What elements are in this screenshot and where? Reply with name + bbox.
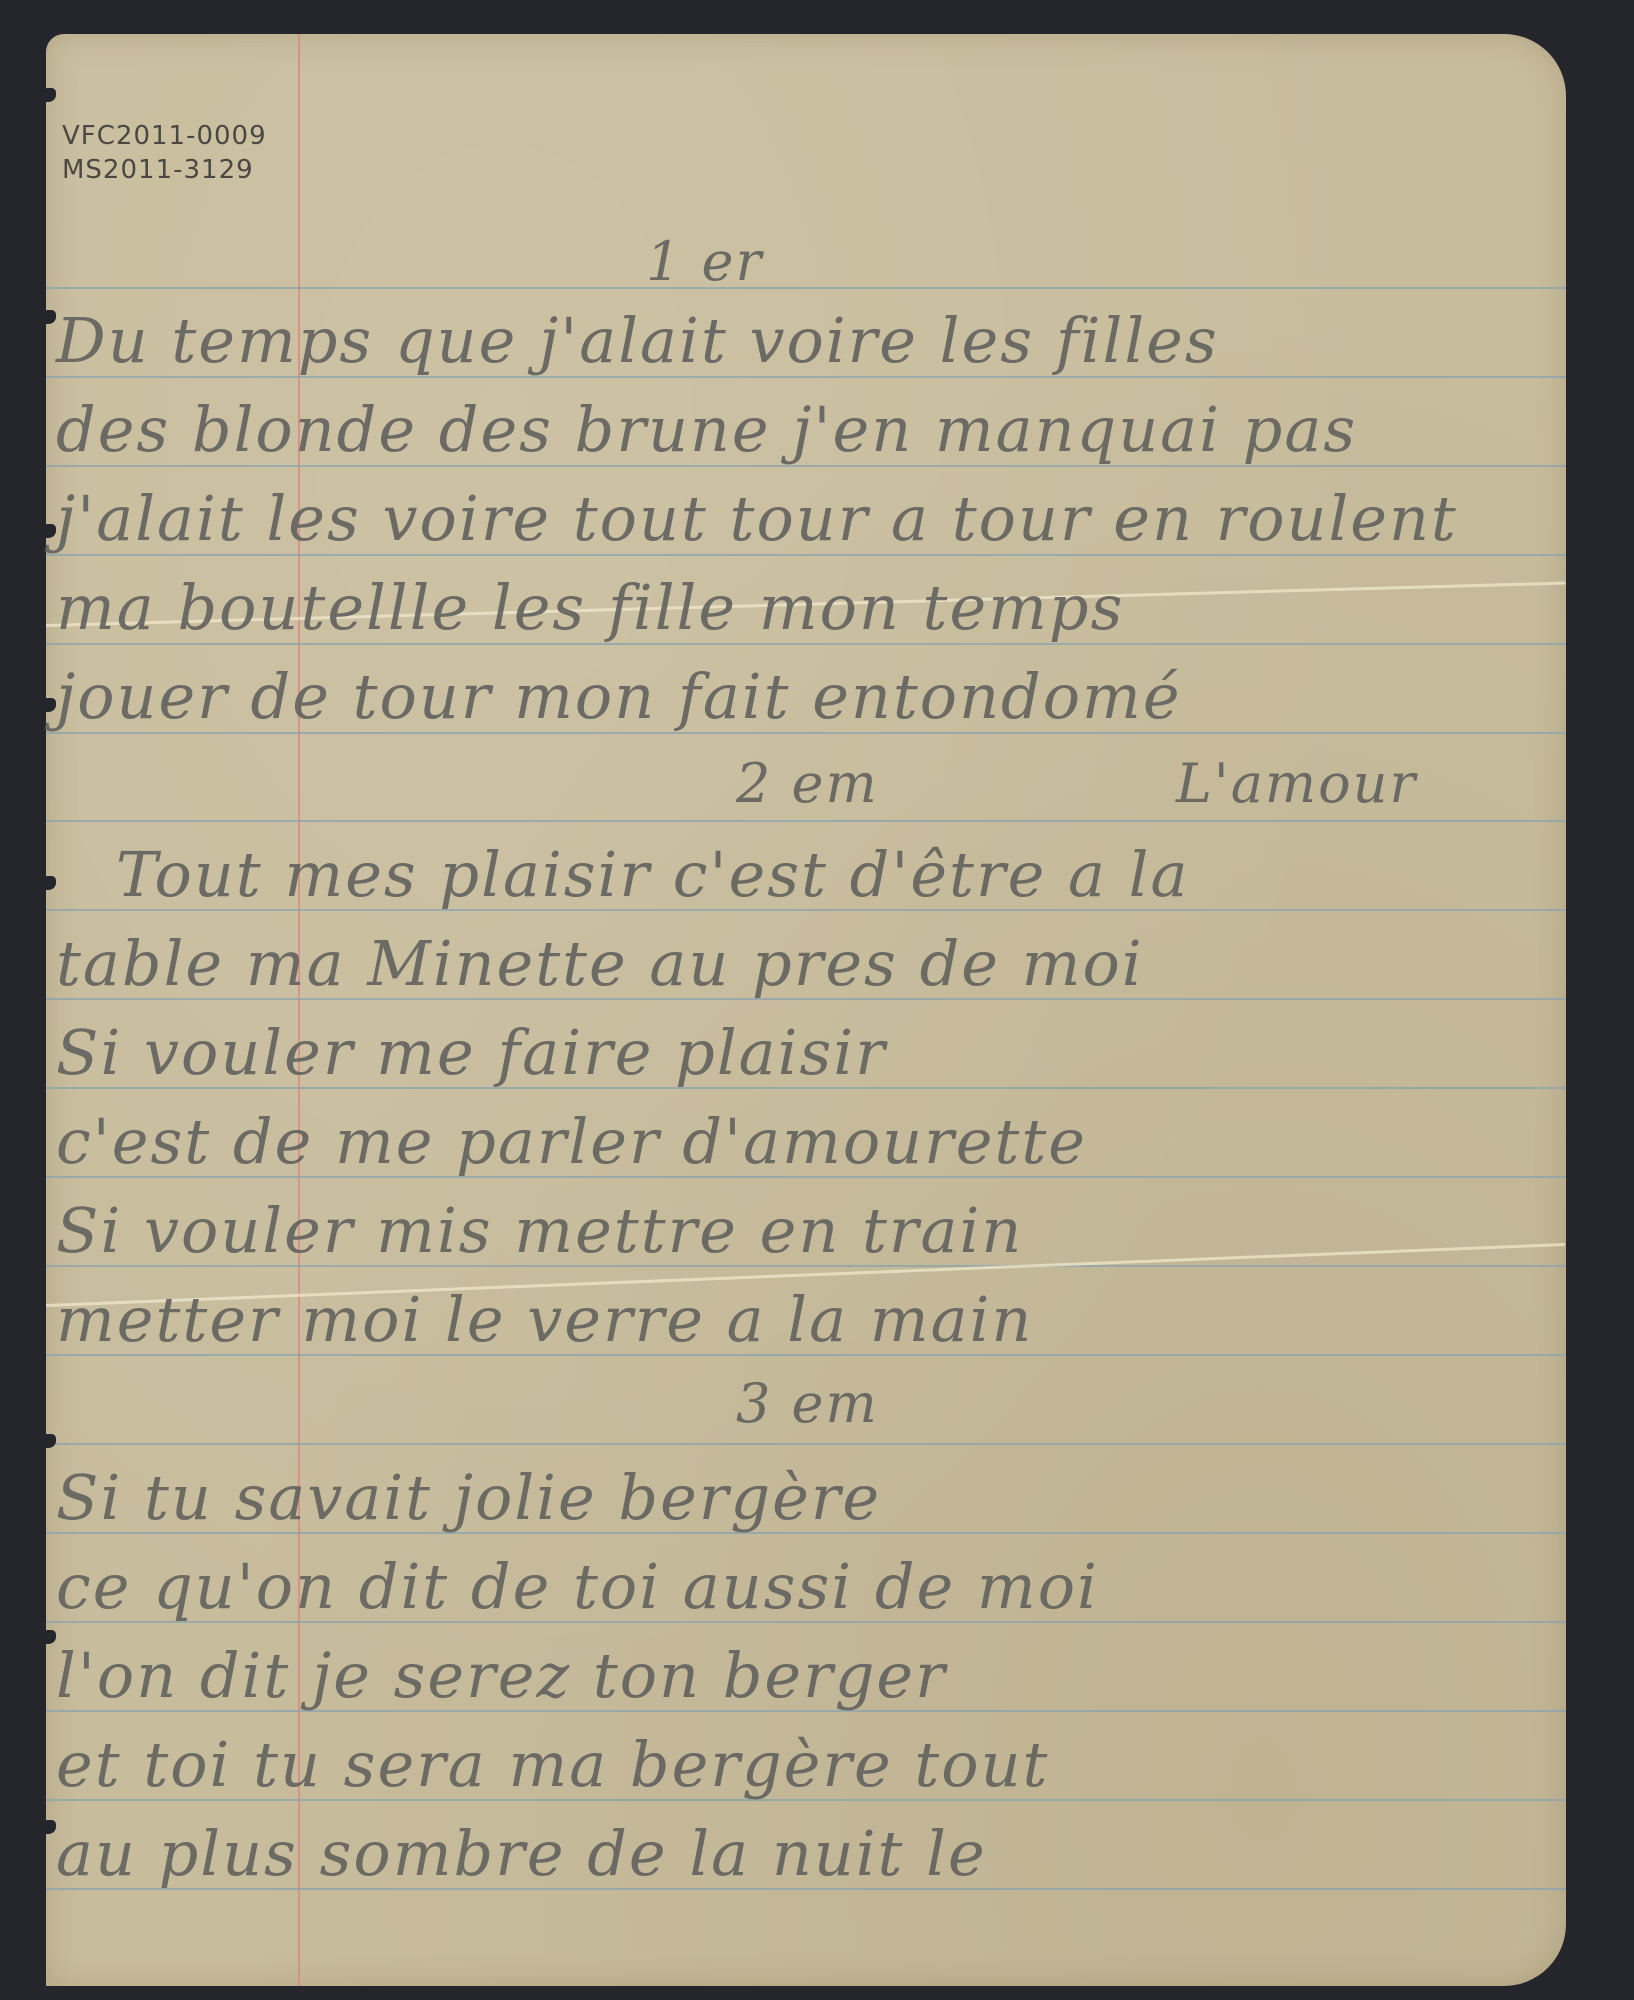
verse-1-heading: 1 er xyxy=(646,230,763,293)
verse-3-line: au plus sombre de la nuit le xyxy=(56,1817,987,1890)
binding-hole xyxy=(40,310,56,324)
verse-3-line: et toi tu sera ma bergère tout xyxy=(56,1728,1049,1801)
binding-hole xyxy=(40,1630,56,1644)
verse-3-line: l'on dit je serez ton berger xyxy=(56,1639,947,1712)
verse-2-heading: 2 em xyxy=(736,752,879,815)
rule-line xyxy=(46,820,1566,822)
verse-3-line: Si tu savait jolie bergère xyxy=(56,1461,881,1534)
binding-hole xyxy=(40,524,56,538)
verse-1-line: des blonde des brune j'en manquai pas xyxy=(56,393,1357,466)
verse-2-line: metter moi le verre a la main xyxy=(56,1283,1033,1356)
verse-2-title: L'amour xyxy=(1176,752,1417,815)
verse-1-line: j'alait les voire tout tour a tour en ro… xyxy=(56,482,1458,555)
catalog-number-vfc: VFC2011-0009 xyxy=(62,119,267,153)
verse-1-line: Du temps que j'alait voire les filles xyxy=(56,304,1219,377)
verse-1-line: ma boutellle les fille mon temps xyxy=(56,571,1124,644)
verse-2-line: Si vouler mis mettre en train xyxy=(56,1194,1023,1267)
notebook-page: VFC2011-0009 MS2011-3129 1 er Du temps q… xyxy=(46,34,1566,1986)
catalog-numbers: VFC2011-0009 MS2011-3129 xyxy=(62,119,267,187)
verse-1-line: jouer de tour mon fait entondomé xyxy=(56,660,1182,733)
binding-hole xyxy=(40,1434,56,1448)
verse-3-heading: 3 em xyxy=(736,1372,879,1435)
binding-hole xyxy=(40,876,56,890)
verse-2-line: c'est de me parler d'amourette xyxy=(56,1105,1087,1178)
catalog-number-ms: MS2011-3129 xyxy=(62,153,267,187)
binding-hole xyxy=(40,1820,56,1834)
rule-line xyxy=(46,287,1566,289)
binding-hole xyxy=(40,88,56,102)
verse-2-line: Tout mes plaisir c'est d'être a la xyxy=(116,838,1189,911)
verse-2-line: table ma Minette au pres de moi xyxy=(56,927,1144,1000)
verse-3-line: ce qu'on dit de toi aussi de moi xyxy=(56,1550,1099,1623)
rule-line xyxy=(46,1443,1566,1445)
binding-hole xyxy=(40,698,56,712)
verse-2-line: Si vouler me faire plaisir xyxy=(56,1016,887,1089)
